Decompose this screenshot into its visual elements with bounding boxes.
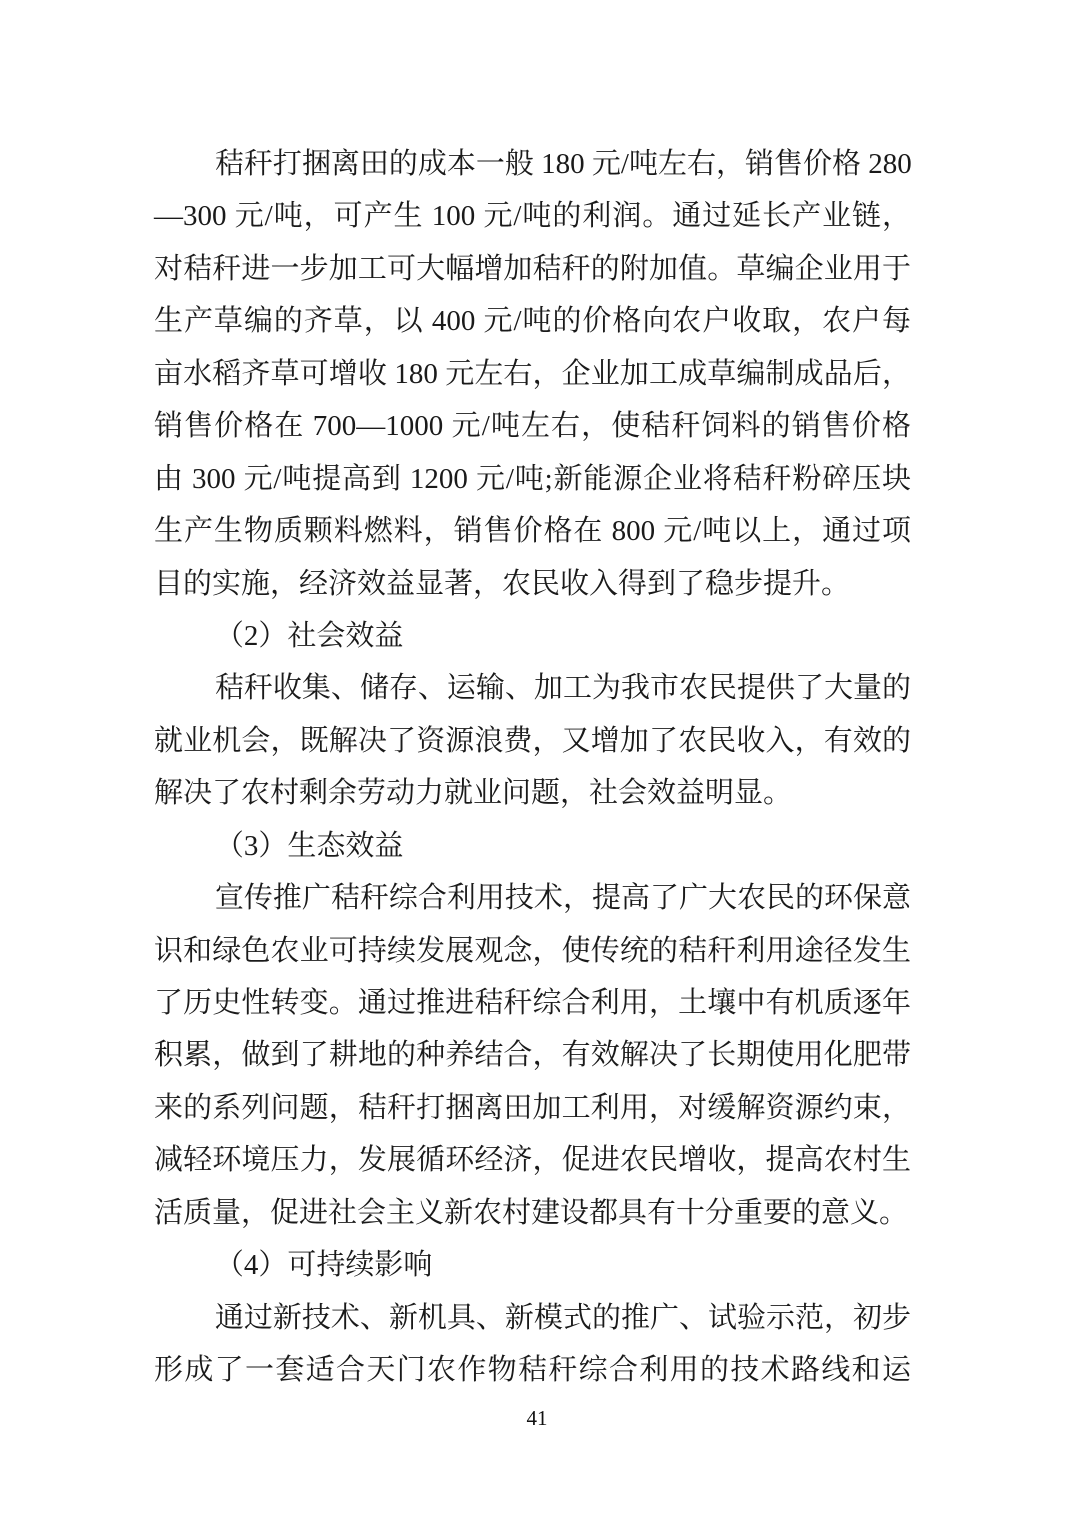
document-page: 秸秆打捆离田的成本一般 180 元/吨左右，销售价格 280 —300 元/吨，… [0,0,1074,1520]
text-line: 通过新技术、新机具、新模式的推广、试验示范，初步 [154,1292,911,1344]
text-line: 亩水稻齐草可增收 180 元左右，企业加工成草编制成品后， [154,348,911,400]
text-line: —300 元/吨，可产生 100 元/吨的利润。通过延长产业链， [154,190,911,242]
heading-line: （4）可持续影响 [154,1239,911,1291]
text-line: 了历史性转变。通过推进秸秆综合利用，土壤中有机质逐年 [154,977,911,1029]
text-line: 形成了一套适合天门农作物秸秆综合利用的技术路线和运 [154,1344,911,1396]
text-line: 解决了农村剩余劳动力就业问题，社会效益明显。 [154,767,911,819]
text-line: 秸秆打捆离田的成本一般 180 元/吨左右，销售价格 280 [154,138,911,190]
text-line: 销售价格在 700—1000 元/吨左右，使秸秆饲料的销售价格 [154,400,911,452]
heading-social-benefit: （2）社会效益 [154,610,911,662]
page-body-text: 秸秆打捆离田的成本一般 180 元/吨左右，销售价格 280 —300 元/吨，… [154,138,911,1397]
text-line: 宣传推广秸秆综合利用技术，提高了广大农民的环保意 [154,872,911,924]
paragraph-ecological-benefit: 宣传推广秸秆综合利用技术，提高了广大农民的环保意 识和绿色农业可持续发展观念，使… [154,872,911,1239]
text-line: 识和绿色农业可持续发展观念，使传统的秸秆利用途径发生 [154,925,911,977]
text-line: 由 300 元/吨提高到 1200 元/吨;新能源企业将秸秆粉碎压块 [154,453,911,505]
text-line: 目的实施，经济效益显著，农民收入得到了稳步提升。 [154,558,911,610]
text-line: 积累，做到了耕地的种养结合，有效解决了长期使用化肥带 [154,1029,911,1081]
text-line: 就业机会，既解决了资源浪费，又增加了农民收入，有效的 [154,715,911,767]
heading-line: （3）生态效益 [154,820,911,872]
heading-line: （2）社会效益 [154,610,911,662]
paragraph-sustainable-impact: 通过新技术、新机具、新模式的推广、试验示范，初步 形成了一套适合天门农作物秸秆综… [154,1292,911,1397]
text-line: 来的系列问题，秸秆打捆离田加工利用，对缓解资源约束， [154,1082,911,1134]
heading-ecological-benefit: （3）生态效益 [154,820,911,872]
text-line: 生产生物质颗料燃料，销售价格在 800 元/吨以上，通过项 [154,505,911,557]
text-line: 生产草编的齐草，以 400 元/吨的价格向农户收取，农户每 [154,295,911,347]
text-line: 秸秆收集、储存、运输、加工为我市农民提供了大量的 [154,662,911,714]
paragraph-social-benefit: 秸秆收集、储存、运输、加工为我市农民提供了大量的 就业机会，既解决了资源浪费，又… [154,662,911,819]
paragraph-economic-benefit: 秸秆打捆离田的成本一般 180 元/吨左右，销售价格 280 —300 元/吨，… [154,138,911,610]
text-line: 活质量，促进社会主义新农村建设都具有十分重要的意义。 [154,1187,911,1239]
page-number: 41 [0,1405,1074,1431]
text-line: 对秸秆进一步加工可大幅增加秸秆的附加值。草编企业用于 [154,243,911,295]
text-line: 减轻环境压力，发展循环经济，促进农民增收，提高农村生 [154,1134,911,1186]
heading-sustainable-impact: （4）可持续影响 [154,1239,911,1291]
